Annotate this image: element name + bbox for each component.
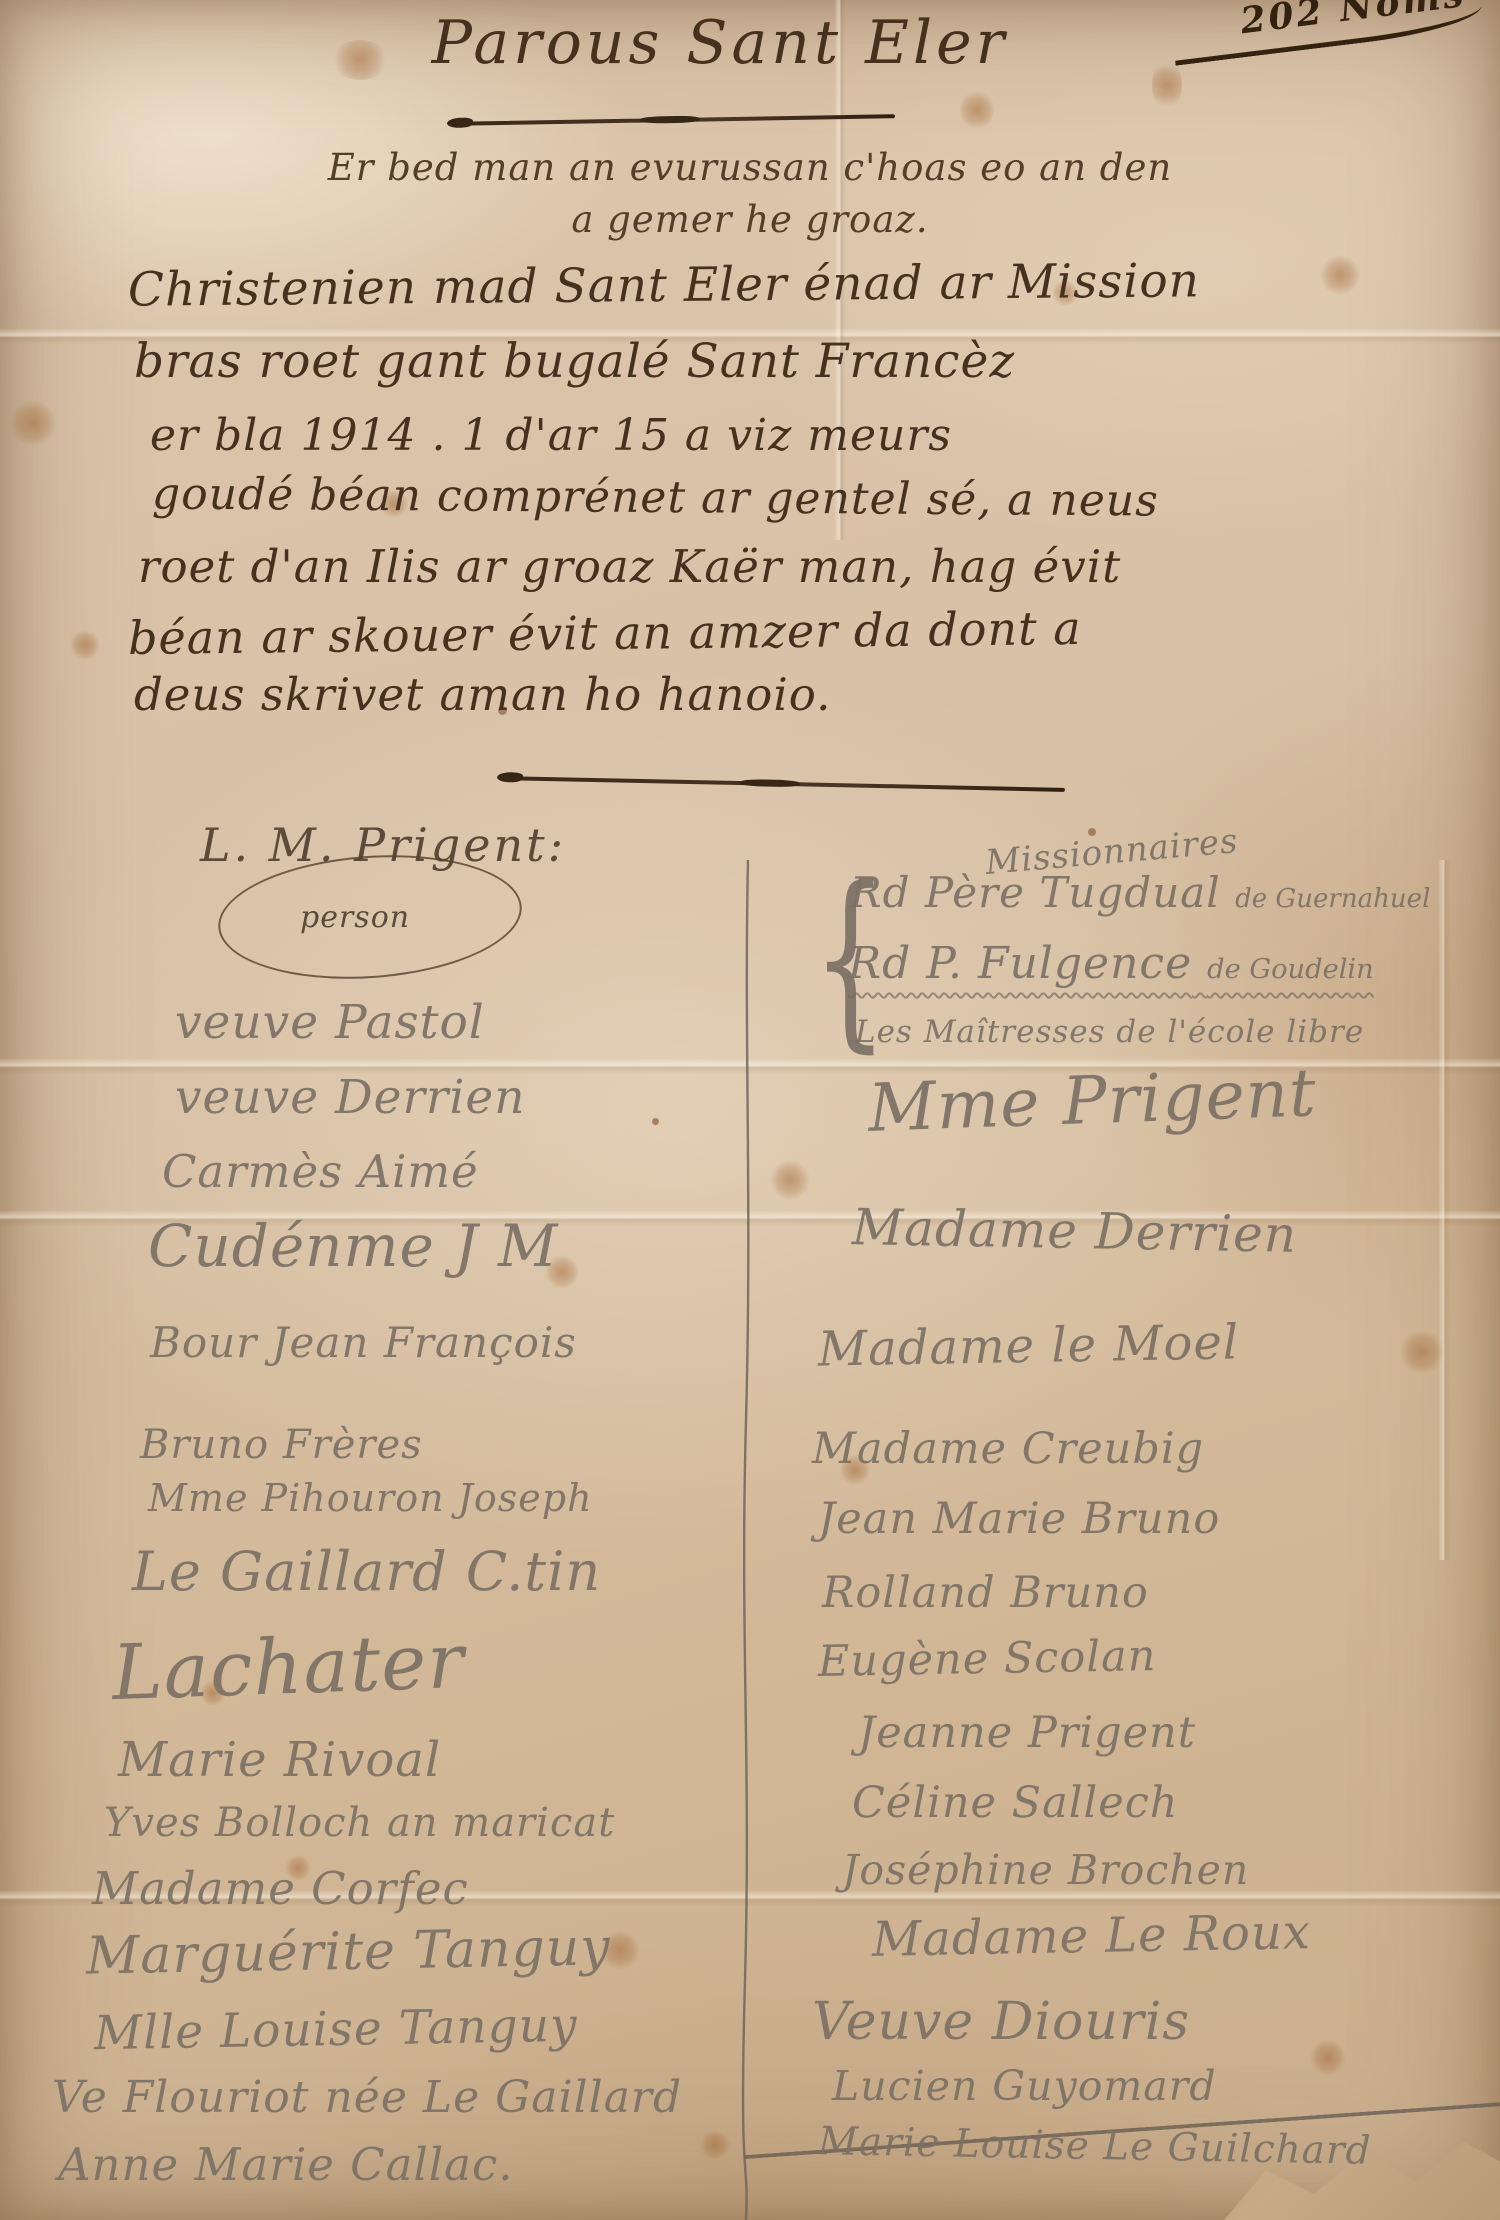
body-line: bras roet gant bugalé Sant Francèz: [134, 334, 1015, 389]
signature: Cudénme J M: [148, 1212, 558, 1280]
title-underline-flourish: [455, 114, 895, 126]
missionary-entry: Rd Père Tugdual de Guernahuel: [850, 868, 1430, 917]
motto-line: Er bed man an evurussan c'hoas eo an den: [0, 146, 1500, 189]
stain: [10, 400, 56, 446]
signature: Madame Derrien: [852, 1198, 1298, 1264]
signature: Céline Sallech: [852, 1778, 1179, 1828]
signature: Veuve Diouris: [812, 1992, 1190, 2052]
section-divider-flourish: [505, 776, 1065, 792]
fold-crease: [1438, 860, 1450, 1560]
stain: [770, 1160, 810, 1200]
missionary-name: Rd P. Fulgence: [848, 938, 1192, 989]
left-column-header-sub: person: [300, 900, 410, 935]
signature: Yves Bolloch an maricat: [104, 1800, 615, 1846]
body-line: béan ar skouer évit an amzer da dont a: [128, 601, 1082, 665]
signature: Marie Louise Le Guilchard: [818, 2119, 1372, 2174]
stain: [1320, 255, 1360, 295]
missionary-origin: de Goudelin: [1207, 954, 1374, 985]
signature: Mme Pihouron Joseph: [148, 1476, 593, 1520]
signature: Le Gaillard C.tin: [132, 1540, 601, 1603]
signature: Rolland Bruno: [822, 1568, 1149, 1618]
signature: Ve Flouriot née Le Gaillard: [52, 2072, 682, 2123]
signature: Eugène Scolan: [818, 1631, 1157, 1687]
signature-struck: Lucien Guyomard: [832, 2062, 1500, 2110]
signature: Bruno Frères: [140, 1422, 423, 1468]
school-line: Les Maîtresses de l'école libre: [855, 1014, 1364, 1050]
signature: Mlle Louise Tanguy: [94, 1998, 578, 2061]
signature: Madame Le Roux: [872, 1904, 1312, 1968]
signature: Bour Jean François: [150, 1318, 577, 1367]
signature: veuve Pastol: [175, 995, 485, 1050]
signature: Carmès Aimé: [162, 1145, 479, 1198]
motto-line: a gemer he groaz.: [0, 198, 1500, 241]
signature: Jean Marie Bruno: [818, 1494, 1220, 1544]
signature: Marie Rivoal: [118, 1732, 441, 1788]
body-line: goudé béan comprénet ar gentel sé, a neu…: [152, 468, 1159, 526]
body-line: roet d'an Ilis ar groaz Kaër man, hag év…: [138, 540, 1121, 593]
page-title: Parous Sant Eler: [0, 8, 1440, 78]
stain: [700, 2130, 730, 2160]
signature: Madame Corfec: [92, 1862, 469, 1915]
signature: Madame Creubig: [812, 1424, 1204, 1474]
signature: Lachater: [111, 1616, 466, 1717]
stain: [70, 630, 100, 660]
signature: Mme Prigent: [867, 1054, 1318, 1147]
manuscript-page: 202 Noms Parous Sant Eler Er bed man an …: [0, 0, 1500, 2220]
signature: Madame le Moel: [818, 1314, 1240, 1377]
body-line: er bla 1914 . 1 d'ar 15 a viz meurs: [150, 410, 952, 461]
signature: Marguérite Tanguy: [86, 1917, 612, 1986]
missionary-origin: de Guernahuel: [1235, 884, 1430, 914]
column-divider-line: [736, 860, 760, 2220]
body-line: deus skrivet aman ho hanoio.: [134, 668, 831, 721]
stain: [960, 90, 994, 130]
missionary-entry: Rd P. Fulgence de Goudelin: [848, 938, 1374, 989]
stain: [1400, 1330, 1444, 1374]
signature: Joséphine Brochen: [842, 1846, 1249, 1894]
signature: Anne Marie Callac.: [58, 2138, 514, 2191]
body-line: Christenien mad Sant Eler énad ar Missio…: [128, 253, 1200, 317]
missionary-name: Rd Père Tugdual: [850, 868, 1221, 917]
signature: Jeanne Prigent: [858, 1708, 1196, 1758]
signature: veuve Derrien: [175, 1070, 526, 1125]
stain: [652, 1118, 659, 1125]
